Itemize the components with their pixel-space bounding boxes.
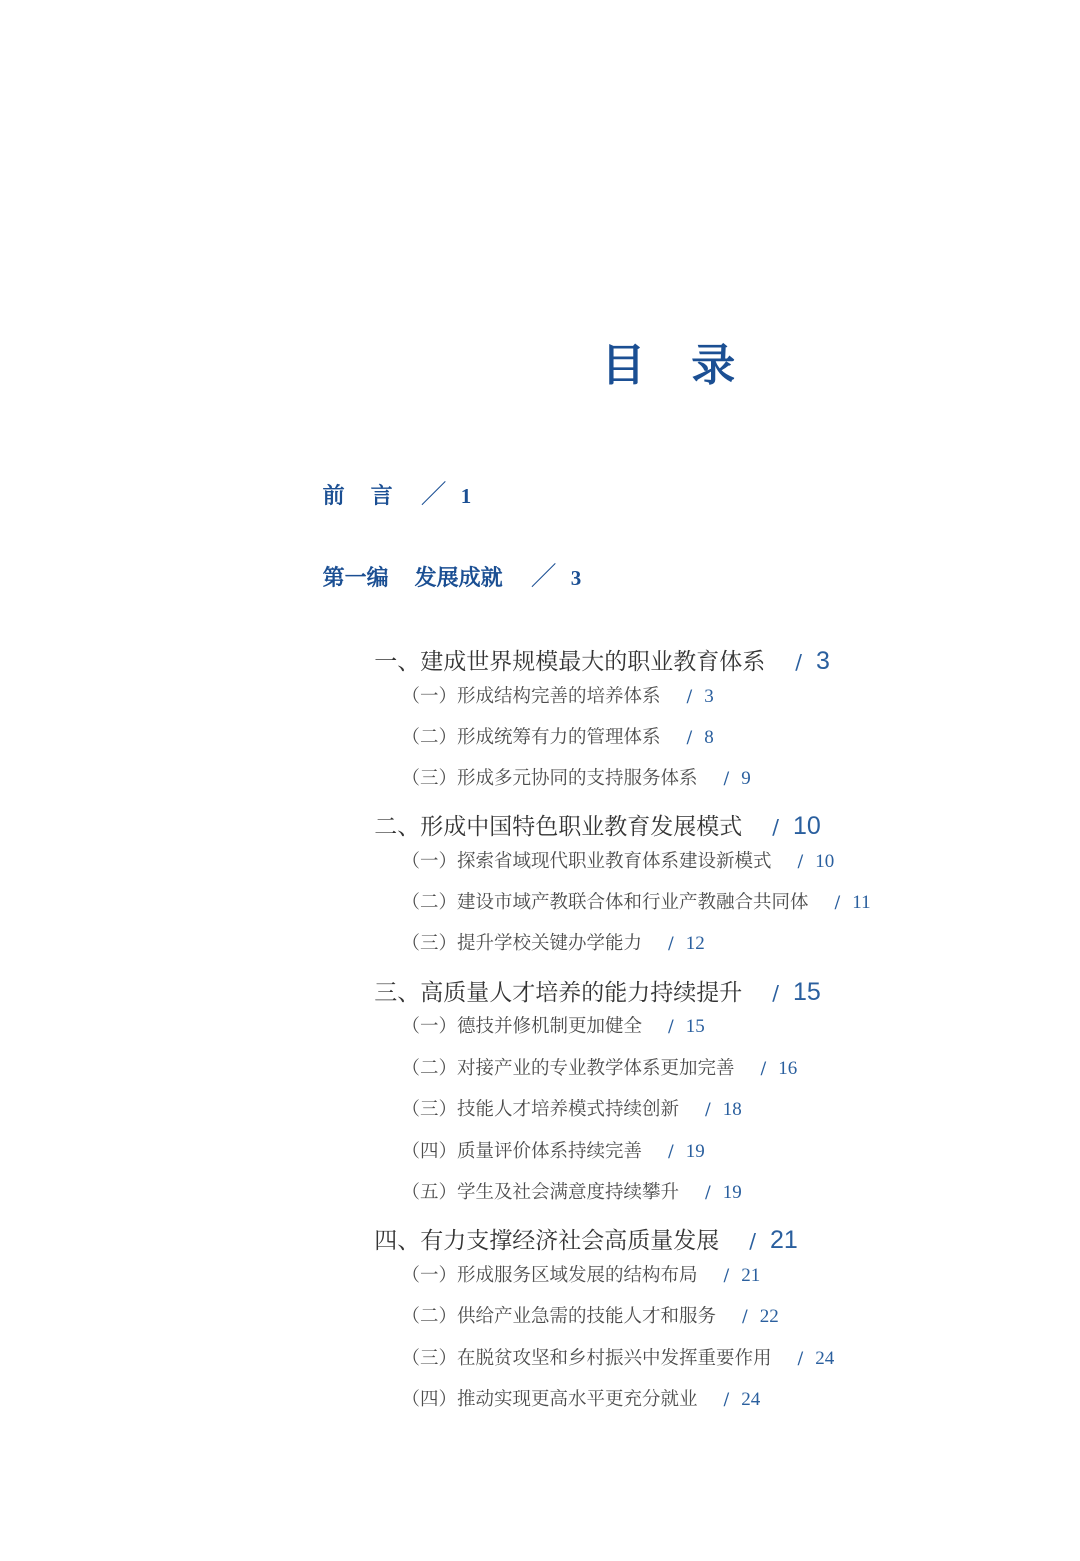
part-label: 第一编 (323, 565, 389, 591)
page-number: 24 (815, 1348, 834, 1369)
page-number: 11 (852, 892, 870, 913)
slash-separator: / (761, 1059, 767, 1079)
page-number: 1 (461, 484, 472, 508)
page-number: 18 (723, 1099, 742, 1120)
toc-entry-part-1[interactable]: 第一编发展成就／3 (292, 532, 581, 623)
toc-entry-preface[interactable]: 前言／1 (292, 450, 471, 541)
page-number: 21 (770, 1226, 798, 1254)
page-number: 3 (571, 566, 582, 590)
toc-page: 目录 前言／1 第一编发展成就／3 一、建成世界规模最大的职业教育体系/3 （一… (0, 0, 1080, 1561)
subsection-label: （四）推动实现更高水平更充分就业 (402, 1389, 698, 1410)
toc-subsection[interactable]: （四）推动实现更高水平更充分就业/24 (378, 1358, 760, 1442)
preface-label-a: 前 (323, 483, 345, 509)
toc-title-char-1: 目 (601, 338, 645, 394)
toc-title: 目录 (540, 282, 735, 450)
page-number: 15 (793, 978, 821, 1006)
part-name: 发展成就 (415, 565, 503, 591)
slash-separator: / (772, 981, 779, 1005)
page-number: 16 (778, 1058, 797, 1079)
toc-title-char-2: 录 (691, 338, 735, 394)
slash-separator: / (705, 1100, 711, 1120)
slash-separator: ／ (421, 480, 447, 510)
page-number: 3 (816, 647, 830, 675)
slash-separator: ／ (531, 562, 557, 592)
slash-separator: / (835, 893, 841, 913)
slash-separator: / (795, 650, 802, 674)
slash-separator: / (724, 1390, 730, 1410)
page-number: 24 (741, 1389, 760, 1410)
slash-separator: / (798, 1349, 804, 1369)
preface-label-b: 言 (371, 483, 393, 509)
